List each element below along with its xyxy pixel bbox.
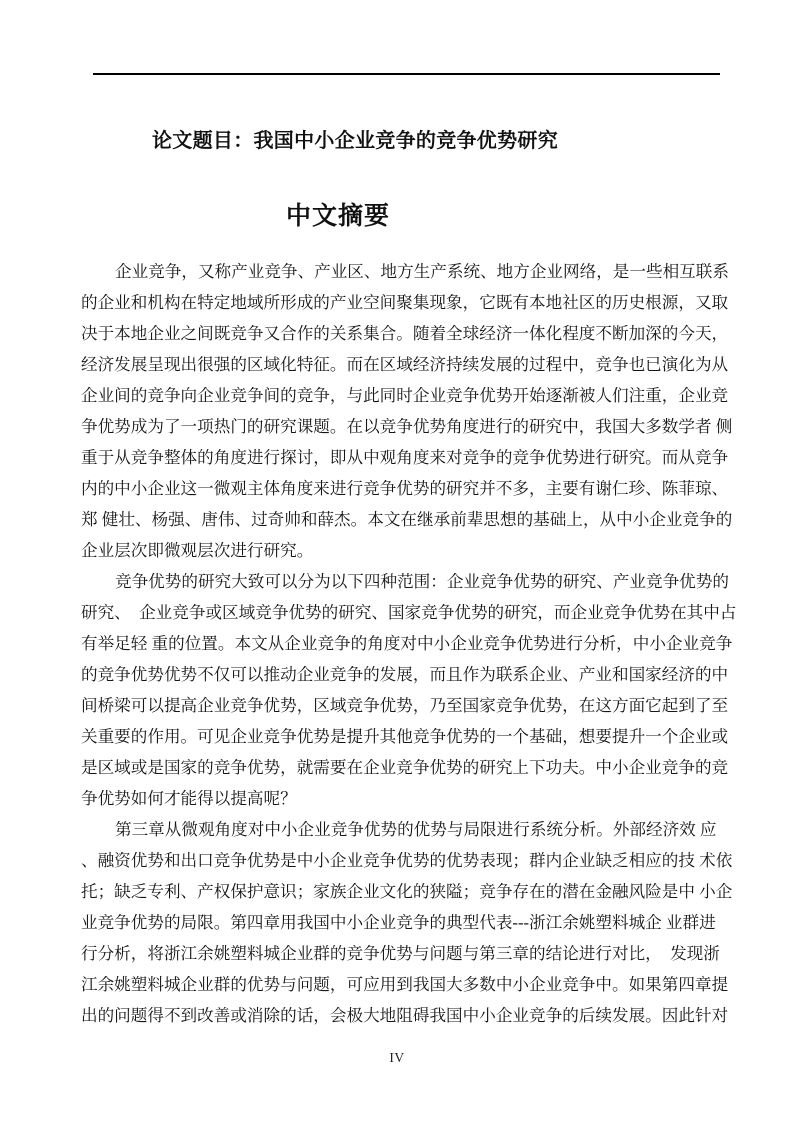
document-page: 论文题目：我国中小企业竞争的竞争优势研究 中文摘要 企业竞争，又称产业竞争、产业… (0, 0, 794, 1122)
header-rule (93, 73, 720, 75)
abstract-heading: 中文摘要 (286, 196, 390, 232)
abstract-paragraph: 第三章从微观角度对中小企业竞争优势的优势与局限进行系统分析。外部经济效 应 、融… (81, 814, 781, 1031)
abstract-body: 企业竞争，又称产业竞争、产业区、地方生产系统、地方企业网络，是一些相互联系 的企… (81, 256, 781, 1031)
thesis-title: 论文题目：我国中小企业竞争的竞争优势研究 (152, 124, 558, 153)
abstract-paragraph: 竞争优势的研究大致可以分为以下四种范围：企业竞争优势的研究、产业竞争优势的 研究… (81, 566, 781, 814)
page-number: IV (0, 1050, 794, 1066)
abstract-paragraph: 企业竞争，又称产业竞争、产业区、地方生产系统、地方企业网络，是一些相互联系 的企… (81, 256, 781, 566)
